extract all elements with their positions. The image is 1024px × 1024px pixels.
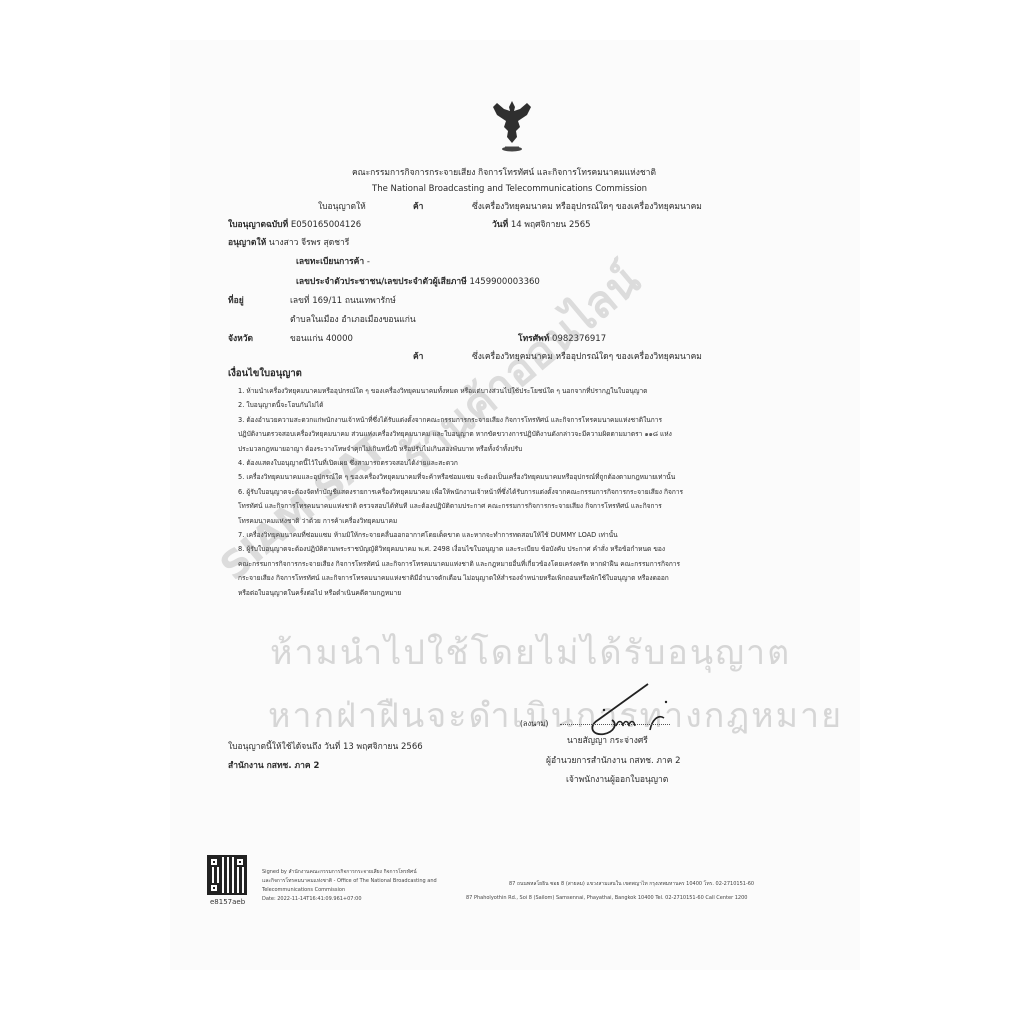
province-label: จังหวัด — [228, 333, 253, 345]
condition-line: กระจายเสียง กิจการโทรทัศน์ และกิจการโทรค… — [238, 572, 669, 584]
org-name-thai: คณะกรรมการกิจการกระจายเสียง กิจการโทรทัศ… — [352, 167, 656, 179]
grantee: อนุญาตให้ นางสาว จีรพร สุดชารี — [228, 237, 349, 249]
signer-name: นายสัญญา กระจ่างศรี — [567, 735, 648, 747]
signed-by-line-3: Telecommunications Commission — [262, 887, 345, 894]
license-number-label: ใบอนุญาตฉบับที่ — [228, 220, 288, 230]
address-line-2: ตำบลในเมือง อำเภอเมืองขอนแก่น — [290, 314, 416, 326]
tax-id-label: เลขประจำตัวประชาชน/เลขประจำตัวผู้เสียภาษ… — [296, 277, 467, 287]
org-name-english: The National Broadcasting and Telecommun… — [372, 183, 647, 195]
trade-registration-value: - — [367, 257, 370, 267]
signature-icon — [578, 680, 688, 740]
grantee-label: อนุญาตให้ — [228, 238, 266, 248]
trade-registration: เลขทะเบียนการค้า - — [296, 256, 370, 268]
license-number-value: E050165004126 — [291, 220, 361, 230]
footer-address-thai: 87 ถนนพหลโยธิน ซอย 8 (สายลม) แขวงสามเสนใ… — [509, 881, 754, 888]
condition-line: หรือต่อใบอนุญาตในครั้งต่อไป หรือดำเนินคด… — [238, 587, 401, 599]
sign-label: (ลงนาม) — [520, 718, 548, 730]
address-line-1: เลขที่ 169/11 ถนนเทพารักษ์ — [290, 295, 396, 307]
validity-text: ใบอนุญาตนี้ให้ใช้ได้จนถึง วันที่ 13 พฤศจ… — [228, 741, 423, 753]
signature-line — [560, 724, 670, 725]
license-type-label: ใบอนุญาตให้ — [318, 201, 366, 213]
license-type-desc: ซึ่งเครื่องวิทยุคมนาคม หรืออุปกรณ์ใดๆ ขอ… — [472, 201, 702, 213]
license-date-value: 14 พฤศจิกายน 2565 — [511, 220, 591, 230]
license-date: วันที่ 14 พฤศจิกายน 2565 — [492, 219, 591, 231]
signed-by-line-2: และกิจการโทรคมนาคมแห่งชาติ - Office of T… — [262, 878, 437, 885]
license-type-value: ค้า — [413, 201, 423, 213]
signed-date: Date: 2022-11-14T16:41:09.961+07:00 — [262, 896, 362, 903]
condition-line: คณะกรรมการกิจการกระจายเสียง กิจการโทรทัศ… — [238, 558, 680, 570]
trade-registration-label: เลขทะเบียนการค้า — [296, 257, 364, 267]
footer-address-english: 87 Phaholyothin Rd., Soi 8 (Sailom) Sams… — [466, 895, 747, 902]
signer-role: เจ้าพนักงานผู้ออกใบอนุญาต — [566, 774, 668, 786]
qr-code[interactable] — [207, 855, 247, 895]
tax-id: เลขประจำตัวประชาชน/เลขประจำตัวผู้เสียภาษ… — [296, 276, 540, 288]
signed-by-line-1: Signed by สำนักงานคณะกรรมการกิจการกระจาย… — [262, 869, 417, 876]
garuda-emblem-icon — [487, 97, 537, 157]
condition-line: 8. ผู้รับใบอนุญาตจะต้องปฏิบัติตามพระราชบ… — [238, 543, 665, 555]
province-value: ขอนแก่น 40000 — [290, 333, 353, 345]
grantee-name: นางสาว จีรพร สุดชารี — [269, 238, 349, 248]
signer-position: ผู้อำนวยการสำนักงาน กสทช. ภาค 2 — [546, 755, 681, 767]
activity-value: ค้า — [413, 351, 423, 363]
address-label: ที่อยู่ — [228, 295, 244, 307]
license-date-label: วันที่ — [492, 220, 508, 230]
conditions-title: เงื่อนไขใบอนุญาต — [228, 368, 302, 380]
qr-code-id: e8157aeb — [210, 898, 245, 906]
issuing-office: สำนักงาน กสทช. ภาค 2 — [228, 760, 319, 772]
watermark-legal-action: หากฝ่าฝืนจะดำเนินการทางกฎหมาย — [268, 688, 843, 742]
condition-line: 2. ใบอนุญาตนี้จะโอนกันไม่ได้ — [238, 399, 324, 411]
tax-id-value: 1459900003360 — [469, 277, 539, 287]
license-number: ใบอนุญาตฉบับที่ E050165004126 — [228, 219, 361, 231]
watermark-no-unauthorized-use: ห้ามนำไปใช้โดยไม่ได้รับอนุญาต — [270, 625, 791, 679]
